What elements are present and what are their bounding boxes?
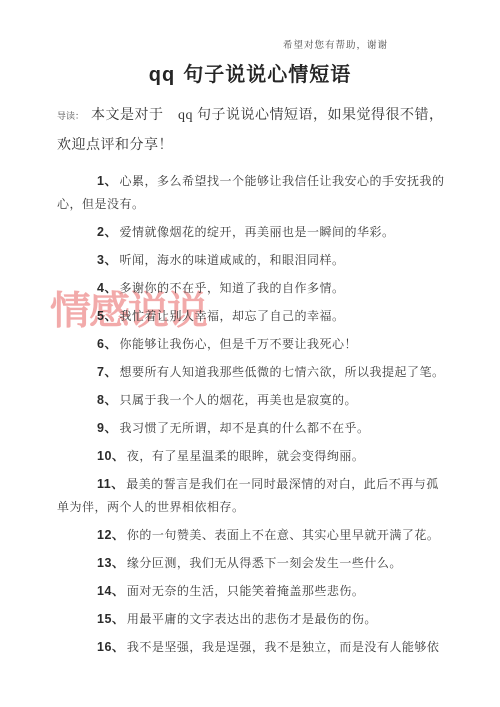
item-number: 15、 — [97, 612, 125, 626]
item-number: 2、 — [97, 225, 117, 239]
item-text: 我不是坚强，我是逞强，我不是独立，而是没有人能够依 — [127, 640, 440, 654]
list-item: 8、只属于我一个人的烟花，再美也是寂寞的。 — [57, 389, 457, 412]
item-number: 4、 — [97, 281, 117, 295]
item-number: 6、 — [97, 337, 117, 351]
item-number: 1、 — [97, 174, 117, 188]
quote-list: 1、心累，多么希望找一个能够让我信任让我安心的手安抚我的 心，但是没有。2、爱情… — [57, 170, 457, 659]
list-item: 12、你的一句赞美、表面上不在意、其实心里早就开满了花。 — [57, 524, 457, 547]
list-item: 7、想要所有人知道我那些低微的七情六欲，所以我提起了笔。 — [57, 361, 457, 384]
item-number: 7、 — [97, 365, 117, 379]
item-number: 16、 — [97, 640, 125, 654]
intro-label: 导读： — [57, 111, 84, 121]
document-page: 希望对您有帮助，谢谢 情感说说 qq句子说说心情短语 导读：本文是对于 qq 句… — [0, 0, 500, 707]
list-item: 10、夜，有了星星温柔的眼眸，就会变得绚丽。 — [57, 445, 457, 468]
list-item: 1、心累，多么希望找一个能够让我信任让我安心的手安抚我的 心，但是没有。 — [57, 170, 457, 216]
item-number: 3、 — [97, 253, 117, 267]
item-text: 面对无奈的生活，只能笑着掩盖那些悲伤。 — [127, 584, 365, 598]
document-body: qq句子说说心情短语 导读：本文是对于 qq 句子说说心情短语，如果觉得很不错，… — [0, 0, 500, 659]
item-number: 14、 — [97, 584, 125, 598]
intro-paragraph: 导读：本文是对于 qq 句子说说心情短语，如果觉得很不错， 欢迎点评和分享！ — [57, 101, 457, 161]
item-number: 10、 — [97, 449, 125, 463]
item-text: 听闻，海水的味道咸咸的，和眼泪同样。 — [119, 253, 344, 267]
item-text: 你能够让我伤心，但是千万不要让我死心！ — [119, 337, 357, 351]
item-text: 我忙着让别人幸福，却忘了自己的幸福。 — [119, 309, 344, 323]
list-item: 2、爱情就像烟花的绽开，再美丽也是一瞬间的华彩。 — [57, 221, 457, 244]
list-item: 11、最美的誓言是我们在一同时最深情的对白，此后不再与孤 单为伴，两个人的世界相… — [57, 473, 457, 519]
list-item: 9、我习惯了无所谓，却不是真的什么都不在乎。 — [57, 417, 457, 440]
page-title: qq句子说说心情短语 — [43, 62, 457, 88]
item-text: 你的一句赞美、表面上不在意、其实心里早就开满了花。 — [127, 528, 440, 542]
item-text: 夜，有了星星温柔的眼眸，就会变得绚丽。 — [127, 449, 365, 463]
page-title-prefix: qq — [149, 64, 175, 86]
list-item: 16、我不是坚强，我是逞强，我不是独立，而是没有人能够依 — [57, 636, 457, 659]
list-item: 13、缘分叵测，我们无从得悉下一刻会发生一些什么。 — [57, 552, 457, 575]
intro-text: 本文是对于 qq 句子说说心情短语，如果觉得很不错， 欢迎点评和分享！ — [57, 108, 444, 153]
list-item: 5、我忙着让别人幸福，却忘了自己的幸福。 — [57, 305, 457, 328]
list-item: 3、听闻，海水的味道咸咸的，和眼泪同样。 — [57, 249, 457, 272]
item-number: 11、 — [97, 477, 124, 491]
item-text: 想要所有人知道我那些低微的七情六欲，所以我提起了笔。 — [119, 365, 444, 379]
item-number: 13、 — [97, 556, 125, 570]
item-text: 只属于我一个人的烟花，再美也是寂寞的。 — [119, 393, 357, 407]
item-text: 用最平庸的文字表达出的悲伤才是最伤的伤。 — [127, 612, 377, 626]
list-item: 4、多谢你的不在乎，知道了我的自作多情。 — [57, 277, 457, 300]
page-title-text: 句子说说心情短语 — [183, 64, 351, 86]
item-text: 缘分叵测，我们无从得悉下一刻会发生一些什么。 — [127, 556, 402, 570]
list-item: 15、用最平庸的文字表达出的悲伤才是最伤的伤。 — [57, 608, 457, 631]
list-item: 14、面对无奈的生活，只能笑着掩盖那些悲伤。 — [57, 580, 457, 603]
item-text: 我习惯了无所谓，却不是真的什么都不在乎。 — [119, 421, 369, 435]
item-number: 12、 — [97, 528, 125, 542]
item-text: 爱情就像烟花的绽开，再美丽也是一瞬间的华彩。 — [119, 225, 394, 239]
item-number: 9、 — [97, 421, 117, 435]
item-text: 多谢你的不在乎，知道了我的自作多情。 — [119, 281, 344, 295]
item-number: 8、 — [97, 393, 117, 407]
item-number: 5、 — [97, 309, 117, 323]
list-item: 6、你能够让我伤心，但是千万不要让我死心！ — [57, 333, 457, 356]
